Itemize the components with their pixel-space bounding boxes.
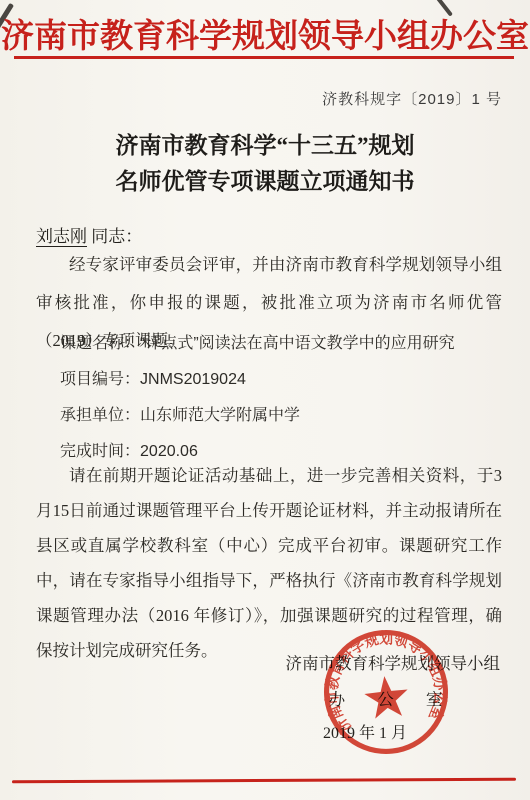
- document-title-line2: 名师优管专项课题立项通知书: [0, 163, 530, 196]
- salutation-suffix: 同志：: [87, 227, 142, 246]
- letterhead-office-name: 济南市教育科学规划领导小组办公室: [0, 10, 530, 57]
- document-title-line1: 济南市教育科学“十三五”规划: [0, 127, 530, 160]
- field-value: JNMS2019024: [140, 371, 246, 388]
- field-label: 承担单位：: [60, 407, 140, 424]
- field-row-undertaking-unit: 承担单位：山东师范大学附属中学: [60, 398, 502, 434]
- project-fields: 课题名称：“评点式”阅读法在高中语文教学中的应用研究 项目编号：JNMS2019…: [60, 326, 502, 470]
- field-label: 项目编号：: [60, 371, 140, 388]
- official-seal: 济南市教育科学规划领导小组办公室: [298, 604, 474, 780]
- document-number: 济教科规字〔2019〕1 号: [322, 88, 502, 109]
- scanned-document-page: 济南市教育科学规划领导小组办公室 济教科规字〔2019〕1 号 济南市教育科学“…: [0, 0, 530, 800]
- field-row-project-number: 项目编号：JNMS2019024: [60, 362, 502, 398]
- field-row-project-title: 课题名称：“评点式”阅读法在高中语文教学中的应用研究: [60, 326, 502, 362]
- field-value: 山东师范大学附属中学: [140, 407, 300, 424]
- footer-red-rule: [12, 778, 516, 783]
- field-value: “评点式”阅读法在高中语文教学中的应用研究: [140, 335, 455, 352]
- letterhead-red-rule: [14, 56, 514, 59]
- salutation: 刘志刚 同志：: [36, 222, 142, 247]
- seal-star-icon: [363, 674, 411, 720]
- field-label: 课题名称：: [60, 335, 140, 352]
- recipient-name: 刘志刚: [36, 227, 87, 246]
